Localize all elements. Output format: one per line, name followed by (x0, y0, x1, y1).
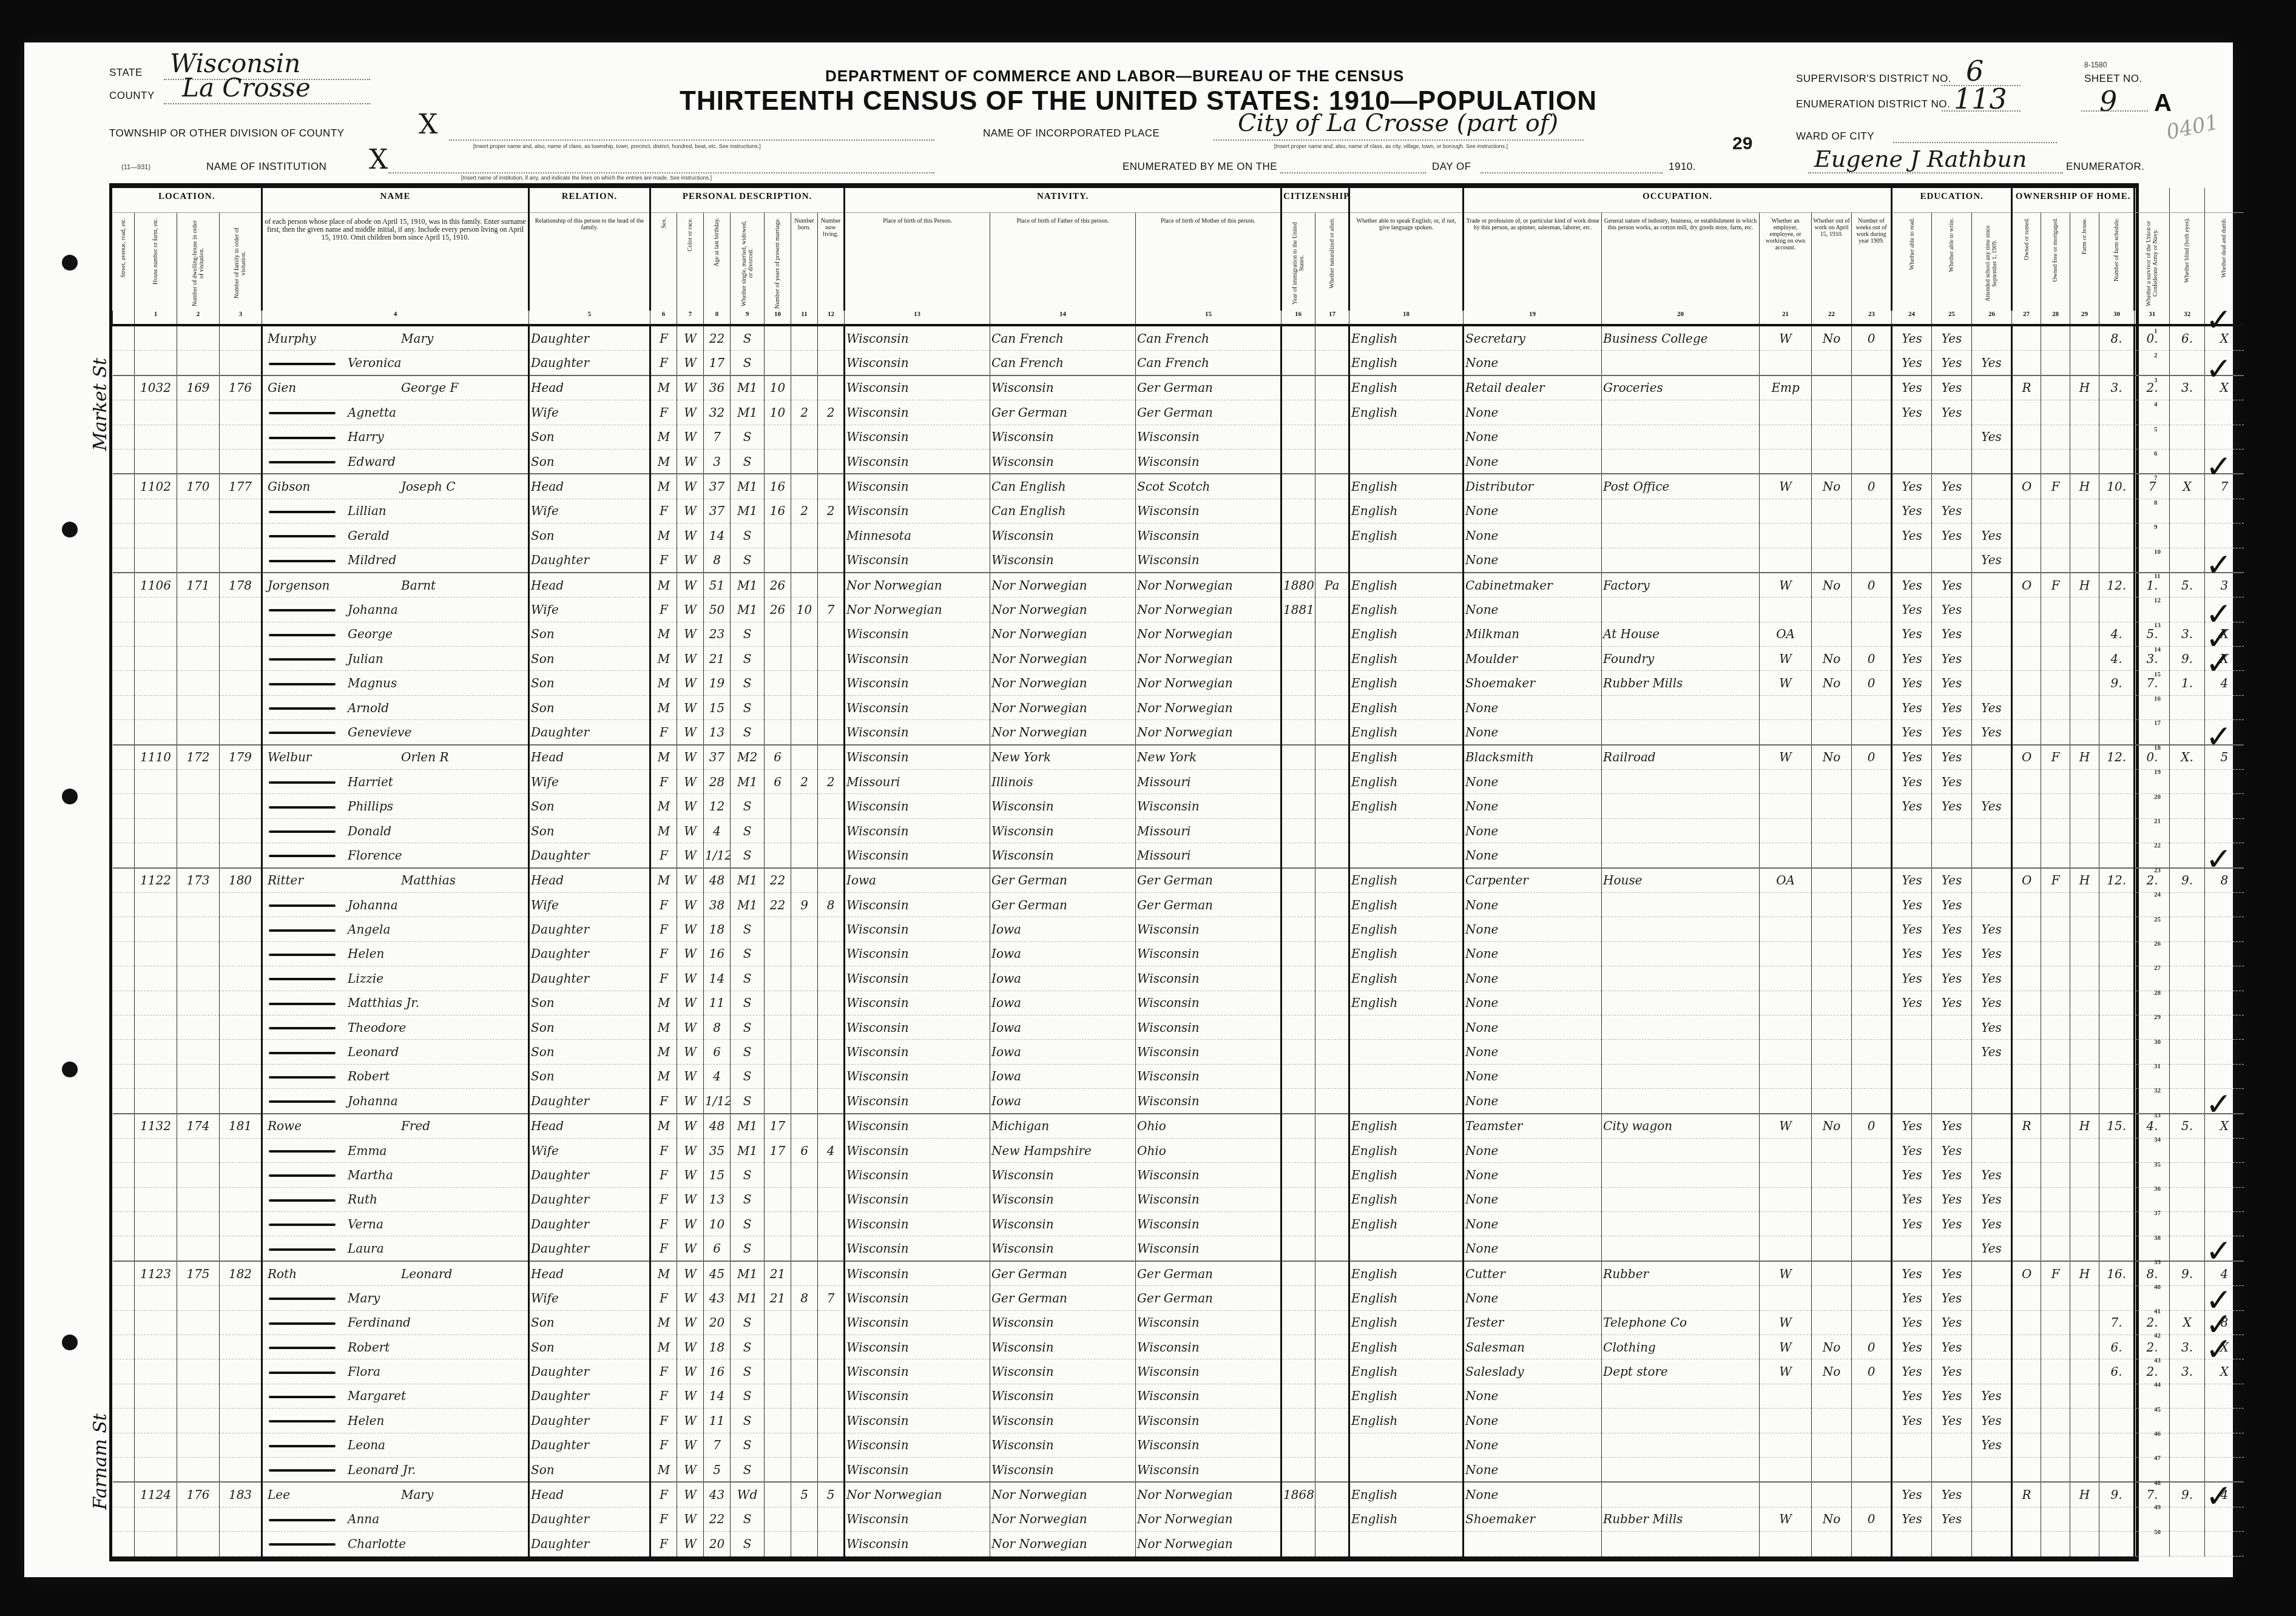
relation-cell: Daughter (529, 1163, 650, 1187)
institution-line (388, 172, 934, 173)
col-30-cell (2135, 892, 2170, 917)
sex-cell: F (650, 1507, 677, 1531)
years-married-cell (765, 524, 791, 548)
dwelling-number-cell (177, 1064, 220, 1088)
given-name: Theodore (348, 1020, 406, 1035)
checkmark-icon: ✓ (2206, 1233, 2232, 1270)
father-birthplace-cell: Iowa (990, 991, 1136, 1015)
line-number: 29 (2154, 1014, 2161, 1021)
incorporated-place-label: Name of incorporated place (983, 127, 1160, 140)
surname (269, 437, 336, 439)
can-read-cell: Yes (1892, 351, 1932, 375)
employment-class-cell (1760, 966, 1812, 991)
industry-cell (1602, 425, 1760, 449)
line-number: 8 (2154, 499, 2158, 507)
mother-birthplace-cell: Nor Norwegian (1136, 573, 1281, 598)
can-read-cell: Yes (1892, 1286, 1932, 1310)
farm-house-cell (2070, 917, 2099, 941)
years-married-cell (765, 1064, 791, 1088)
industry-cell (1602, 598, 1760, 622)
naturalization-cell (1315, 1138, 1349, 1162)
employment-class-cell (1760, 351, 1812, 375)
weeks-out-cell: 0 (1852, 1359, 1892, 1384)
given-name: Charlotte (348, 1537, 406, 1551)
table-row: FlorenceDaughterFW1/12SWisconsinWisconsi… (113, 843, 2244, 868)
sex-cell: F (650, 351, 677, 375)
family-number-cell (220, 1532, 262, 1556)
owned-rented-cell (2012, 991, 2041, 1015)
can-write-cell: Yes (1932, 1212, 1972, 1236)
farm-schedule-cell (2099, 1286, 2135, 1310)
col-31-cell (2170, 1040, 2205, 1064)
children-living-cell (818, 1236, 845, 1261)
weeks-out-cell: 0 (1852, 1335, 1892, 1359)
house-number-cell (135, 1310, 177, 1335)
father-birthplace-cell: Nor Norwegian (990, 622, 1136, 646)
children-born-cell (791, 1015, 818, 1039)
out-of-work-cell (1812, 1187, 1852, 1211)
checkmark-icon: ✓ (2206, 719, 2232, 755)
can-read-cell (1892, 1433, 1932, 1457)
naturalization-cell (1315, 671, 1349, 695)
school-cell: Yes (1972, 1236, 2012, 1261)
out-of-work-cell (1812, 1457, 1852, 1482)
children-born-cell (791, 325, 818, 351)
checkmark-icon: ✓ (2206, 351, 2232, 388)
mother-birthplace-cell: Ger German (1136, 868, 1281, 893)
column-number: 3 (220, 311, 262, 325)
farm-schedule-cell (2099, 400, 2135, 425)
can-read-cell: Yes (1892, 745, 1932, 770)
farm-schedule-cell: 12. (2099, 745, 2135, 770)
mother-birthplace-cell: Nor Norwegian (1136, 720, 1281, 745)
name-cell: WelburOrlen R (262, 745, 529, 770)
language-cell: English (1349, 1335, 1464, 1359)
years-married-cell (765, 1359, 791, 1384)
name-cell: Ferdinand (262, 1310, 529, 1335)
table-row: EdwardSonMW3SWisconsinWisconsinWisconsin… (113, 449, 2244, 474)
column-number: 10 (765, 311, 791, 325)
sex-cell: M (650, 671, 677, 695)
children-born-cell (791, 720, 818, 745)
immigration-year-cell (1281, 1114, 1315, 1139)
street-cell (113, 1384, 135, 1408)
col-31-cell: 3. (2170, 1359, 2205, 1384)
race-cell: W (677, 941, 704, 966)
relation-cell: Head (529, 745, 650, 770)
street-cell (113, 1114, 135, 1139)
can-read-cell: Yes (1892, 1212, 1932, 1236)
col-31-cell (2170, 794, 2205, 818)
family-number-cell: 183 (220, 1482, 262, 1507)
dwelling-number-cell (177, 400, 220, 425)
table-row: HarrietWifeFW28M1622MissouriIllinoisMiss… (113, 770, 2244, 794)
age-cell: 6 (704, 1236, 731, 1261)
family-number-cell (220, 449, 262, 474)
immigration-year-cell (1281, 745, 1315, 770)
surname (269, 609, 336, 611)
age-cell: 15 (704, 695, 731, 719)
years-married-cell: 26 (765, 573, 791, 598)
school-cell: Yes (1972, 351, 2012, 375)
can-write-cell: Yes (1932, 1310, 1972, 1335)
language-cell: English (1349, 647, 1464, 671)
employment-class-cell (1760, 1015, 1812, 1039)
children-born-cell (791, 966, 818, 991)
trade-cell: None (1464, 548, 1602, 573)
table-row: ArnoldSonMW15SWisconsinNor NorwegianNor … (113, 695, 2244, 719)
col-31-cell (2170, 1138, 2205, 1162)
father-birthplace-cell: Wisconsin (990, 1187, 1136, 1211)
col-31-cell: 5. (2170, 573, 2205, 598)
column-number: 13 (845, 311, 990, 325)
immigration-year-cell (1281, 524, 1315, 548)
language-cell: English (1349, 991, 1464, 1015)
sex-cell: F (650, 1138, 677, 1162)
owned-rented-cell (2012, 351, 2041, 375)
school-cell (1972, 400, 2012, 425)
trade-cell: None (1464, 499, 1602, 523)
immigration-year-cell: 1868 (1281, 1482, 1315, 1507)
house-number-cell (135, 548, 177, 573)
father-birthplace-cell: Can English (990, 499, 1136, 523)
surname (269, 1052, 336, 1054)
owned-rented-cell (2012, 1187, 2041, 1211)
farm-house-cell (2070, 941, 2099, 966)
sex-cell: F (650, 941, 677, 966)
naturalization-cell (1315, 1507, 1349, 1531)
farm-house-cell: H (2070, 1114, 2099, 1139)
can-read-cell (1892, 1040, 1932, 1064)
relation-cell: Wife (529, 598, 650, 622)
col-30-cell (2135, 1409, 2170, 1433)
race-cell: W (677, 1507, 704, 1531)
checkmark-icon: ✓ (2206, 1086, 2232, 1123)
weeks-out-cell (1852, 1064, 1892, 1088)
family-number-cell (220, 351, 262, 375)
dwelling-number-cell: 169 (177, 375, 220, 400)
children-living-cell (818, 794, 845, 818)
age-cell: 35 (704, 1138, 731, 1162)
marital-status-cell: S (731, 1384, 765, 1408)
trade-cell: None (1464, 1089, 1602, 1114)
employment-class-cell (1760, 770, 1812, 794)
children-born-cell (791, 1457, 818, 1482)
trade-cell: Shoemaker (1464, 1507, 1602, 1531)
employment-class-cell (1760, 1482, 1812, 1507)
group-name: NAME (262, 188, 529, 213)
naturalization-cell (1315, 1310, 1349, 1335)
family-number-cell (220, 941, 262, 966)
surname (269, 461, 336, 463)
weeks-out-cell (1852, 1187, 1892, 1211)
naturalization-cell (1315, 745, 1349, 770)
sex-cell: M (650, 1064, 677, 1088)
free-mortgaged-cell (2041, 351, 2070, 375)
street-cell (113, 843, 135, 868)
industry-cell: Groceries (1602, 375, 1760, 400)
father-birthplace-cell: Ger German (990, 868, 1136, 893)
race-cell: W (677, 1040, 704, 1064)
name-cell: Emma (262, 1138, 529, 1162)
can-read-cell: Yes (1892, 917, 1932, 941)
family-number-cell (220, 1507, 262, 1531)
mother-birthplace-cell: Wisconsin (1136, 1064, 1281, 1088)
dwelling-number-cell (177, 1040, 220, 1064)
mother-birthplace-cell: Wisconsin (1136, 966, 1281, 991)
house-number-cell: 1106 (135, 573, 177, 598)
family-number-cell (220, 325, 262, 351)
children-living-cell (818, 966, 845, 991)
children-born-cell (791, 1507, 818, 1531)
street-cell (113, 1163, 135, 1187)
col-32-cell (2205, 1163, 2244, 1187)
out-of-work-cell (1812, 720, 1852, 745)
col-32-cell (2205, 1409, 2244, 1433)
marital-status-cell: M1 (731, 892, 765, 917)
father-birthplace-cell: Wisconsin (990, 548, 1136, 573)
weeks-out-cell (1852, 1212, 1892, 1236)
surname (269, 732, 336, 734)
immigration-year-cell (1281, 1261, 1315, 1286)
relation-cell: Daughter (529, 1089, 650, 1114)
years-married-cell (765, 1335, 791, 1359)
dwelling-number-cell (177, 1212, 220, 1236)
col-30-cell (2135, 1064, 2170, 1088)
line-number: 47 (2154, 1455, 2161, 1462)
trade-cell (1464, 1532, 1602, 1556)
naturalization-cell (1315, 1064, 1349, 1088)
sex-cell: F (650, 1433, 677, 1457)
dwelling-number-cell: 170 (177, 474, 220, 499)
header-sex: Sex. (650, 213, 677, 311)
relation-cell: Son (529, 1457, 650, 1482)
sex-cell: M (650, 425, 677, 449)
naturalization-cell (1315, 548, 1349, 573)
naturalization-cell (1315, 1261, 1349, 1286)
mother-birthplace-cell: Missouri (1136, 843, 1281, 868)
farm-schedule-cell (2099, 770, 2135, 794)
language-cell: English (1349, 770, 1464, 794)
column-number: 19 (1464, 311, 1602, 325)
farm-house-cell (2070, 400, 2099, 425)
birthplace-cell: Wisconsin (845, 325, 990, 351)
owned-rented-cell (2012, 1163, 2041, 1187)
farm-house-cell: H (2070, 474, 2099, 499)
birthplace-cell: Wisconsin (845, 375, 990, 400)
industry-cell (1602, 1212, 1760, 1236)
house-number-cell (135, 325, 177, 351)
school-cell: Yes (1972, 794, 2012, 818)
dwelling-number-cell: 174 (177, 1114, 220, 1139)
line-number: 35 (2154, 1161, 2161, 1168)
street-cell (113, 375, 135, 400)
dwelling-number-cell (177, 843, 220, 868)
house-number-cell (135, 1384, 177, 1408)
name-cell: Leonard (262, 1040, 529, 1064)
farm-schedule-cell: 6. (2099, 1335, 2135, 1359)
given-name: Harriet (348, 775, 393, 789)
children-born-cell: 5 (791, 1482, 818, 1507)
out-of-work-cell (1812, 499, 1852, 523)
immigration-year-cell (1281, 770, 1315, 794)
school-cell (1972, 1359, 2012, 1384)
col-30-cell (2135, 695, 2170, 719)
can-read-cell: Yes (1892, 573, 1932, 598)
school-cell: Yes (1972, 548, 2012, 573)
dwelling-number-cell: 175 (177, 1261, 220, 1286)
race-cell: W (677, 991, 704, 1015)
employment-class-cell (1760, 941, 1812, 966)
language-cell: English (1349, 622, 1464, 646)
owned-rented-cell (2012, 794, 2041, 818)
can-write-cell: Yes (1932, 598, 1972, 622)
birthplace-cell: Wisconsin (845, 818, 990, 843)
col-31-cell (2170, 449, 2205, 474)
employment-class-cell: OA (1760, 622, 1812, 646)
relation-cell: Daughter (529, 1433, 650, 1457)
day-value: 29 (1732, 133, 1752, 154)
house-number-cell (135, 1409, 177, 1433)
employment-class-cell (1760, 1457, 1812, 1482)
line-number: 42 (2154, 1332, 2161, 1339)
family-number-cell (220, 499, 262, 523)
dwelling-number-cell (177, 917, 220, 941)
day-of-label: day of (1432, 161, 1471, 173)
line-number: 39 (2154, 1259, 2161, 1266)
industry-cell: Foundry (1602, 647, 1760, 671)
language-cell: English (1349, 1384, 1464, 1408)
house-number-cell: 1122 (135, 868, 177, 893)
mother-birthplace-cell: Wisconsin (1136, 1457, 1281, 1482)
col-30-cell (2135, 1138, 2170, 1162)
employment-class-cell (1760, 794, 1812, 818)
marital-status-cell: M1 (731, 1286, 765, 1310)
farm-schedule-cell (2099, 524, 2135, 548)
free-mortgaged-cell (2041, 325, 2070, 351)
immigration-year-cell (1281, 1212, 1315, 1236)
school-cell (1972, 1482, 2012, 1507)
relation-cell: Daughter (529, 1236, 650, 1261)
owned-rented-cell (2012, 1236, 2041, 1261)
language-cell: English (1349, 375, 1464, 400)
column-number: 7 (677, 311, 704, 325)
industry-cell (1602, 548, 1760, 573)
col-31-cell (2170, 1409, 2205, 1433)
naturalization-cell (1315, 695, 1349, 719)
house-number-cell (135, 695, 177, 719)
marital-status-cell: S (731, 843, 765, 868)
column-number: 17 (1315, 311, 1349, 325)
school-cell: Yes (1972, 1163, 2012, 1187)
free-mortgaged-cell: F (2041, 1261, 2070, 1286)
out-of-work-cell: No (1812, 1507, 1852, 1531)
table-row: JulianSonMW21SWisconsinNor NorwegianNor … (113, 647, 2244, 671)
col-31-cell (2170, 1532, 2205, 1556)
children-living-cell (818, 1310, 845, 1335)
col-30-cell (2135, 1040, 2170, 1064)
weeks-out-cell (1852, 868, 1892, 893)
employment-class-cell: W (1760, 325, 1812, 351)
immigration-year-cell (1281, 1384, 1315, 1408)
relation-cell: Son (529, 647, 650, 671)
can-write-cell: Yes (1932, 622, 1972, 646)
mother-birthplace-cell: Wisconsin (1136, 1236, 1281, 1261)
naturalization-cell (1315, 1433, 1349, 1457)
children-born-cell (791, 524, 818, 548)
line-number: 9 (2154, 524, 2158, 531)
language-cell: English (1349, 598, 1464, 622)
col-30-cell (2135, 548, 2170, 573)
sex-cell: F (650, 1212, 677, 1236)
col-31-cell (2170, 499, 2205, 523)
naturalization-cell (1315, 425, 1349, 449)
farm-schedule-cell (2099, 1384, 2135, 1408)
mother-birthplace-cell: Ohio (1136, 1114, 1281, 1139)
children-living-cell (818, 720, 845, 745)
immigration-year-cell (1281, 647, 1315, 671)
can-read-cell: Yes (1892, 375, 1932, 400)
surname (269, 929, 336, 932)
farm-house-cell (2070, 548, 2099, 573)
table-row: RobertSonMW4SWisconsinIowaWisconsinNone (113, 1064, 2244, 1088)
farm-schedule-cell: 9. (2099, 1482, 2135, 1507)
col-31-cell: 3. (2170, 375, 2205, 400)
surname (269, 1027, 336, 1029)
relation-cell: Wife (529, 499, 650, 523)
mother-birthplace-cell: Nor Norwegian (1136, 647, 1281, 671)
age-cell: 13 (704, 720, 731, 745)
race-cell: W (677, 1138, 704, 1162)
industry-cell (1602, 720, 1760, 745)
can-read-cell: Yes (1892, 1261, 1932, 1286)
trade-cell: None (1464, 1384, 1602, 1408)
language-cell: English (1349, 868, 1464, 893)
can-write-cell: Yes (1932, 573, 1972, 598)
school-cell: Yes (1972, 991, 2012, 1015)
street-cell (113, 474, 135, 499)
name-cell: GibsonJoseph C (262, 474, 529, 499)
header-mortgage: Owned free or mortgaged. (2041, 213, 2070, 311)
sex-cell: F (650, 1359, 677, 1384)
marital-status-cell: S (731, 966, 765, 991)
children-born-cell: 2 (791, 770, 818, 794)
school-cell (1972, 1507, 2012, 1531)
age-cell: 37 (704, 499, 731, 523)
name-cell: Laura (262, 1236, 529, 1261)
can-write-cell: Yes (1932, 1261, 1972, 1286)
free-mortgaged-cell (2041, 1187, 2070, 1211)
industry-cell: Rubber (1602, 1261, 1760, 1286)
industry-cell (1602, 941, 1760, 966)
marital-status-cell: S (731, 695, 765, 719)
owned-rented-cell (2012, 671, 2041, 695)
farm-schedule-cell (2099, 1532, 2135, 1556)
father-birthplace-cell: Ger German (990, 400, 1136, 425)
employment-class-cell: Emp (1760, 375, 1812, 400)
years-married-cell (765, 1433, 791, 1457)
weeks-out-cell (1852, 548, 1892, 573)
birthplace-cell: Nor Norwegian (845, 1482, 990, 1507)
family-number-cell (220, 1064, 262, 1088)
farm-house-cell (2070, 1457, 2099, 1482)
out-of-work-cell (1812, 770, 1852, 794)
immigration-year-cell (1281, 622, 1315, 646)
birthplace-cell: Wisconsin (845, 1335, 990, 1359)
industry-cell: Clothing (1602, 1335, 1760, 1359)
children-living-cell (818, 843, 845, 868)
street-cell (113, 1236, 135, 1261)
